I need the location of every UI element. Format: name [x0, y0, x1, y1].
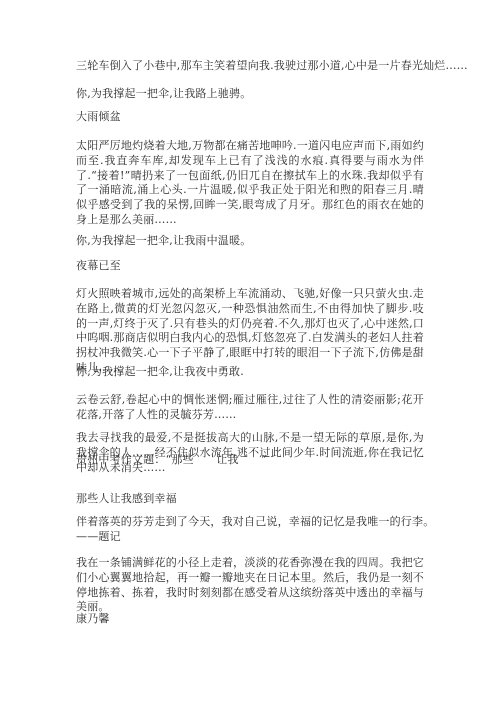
paragraph: 我在一条铺满鲜花的小径上走着，淡淡的花香弥漫在我的四周。我把它们小心翼翼地拾起，… — [76, 556, 424, 615]
epigraph-attribution: ——题记 — [76, 530, 424, 545]
epigraph: 伴着落英的芬芳走到了今天，我对自己说，幸福的记忆是我唯一的行李。 — [76, 515, 424, 530]
exam-title: 贵州中考作文题：“那些 让我 ” — [76, 453, 424, 468]
paragraph: 云卷云舒,卷起心中的惆怅迷惘;雁过雁往,过往了人性的清姿丽影;花开花落,开落了人… — [76, 393, 424, 423]
section-heading: 夜幕已至 — [76, 259, 424, 274]
paragraph: 你,为我撑起一把伞,让我夜中勇敢. — [76, 365, 424, 380]
paragraph: 你,为我撑起一把伞,让我雨中温暖。 — [76, 234, 424, 249]
section-heading: 大雨倾盆 — [76, 110, 424, 125]
paragraph: 你,为我撑起一把伞,让我路上驰骋。 — [76, 87, 424, 102]
essay-title: 那些人让我感到幸福 — [76, 492, 424, 507]
paragraph: 灯火照映着城市,远处的高架桥上车流涌动、飞驰,好像一只只萤火虫.走在路上,微黄的… — [76, 287, 424, 376]
paragraph: 太阳严厉地灼烧着大地,万物都在痛苦地呻吟.一道闪电应声而下,雨如约而至.我直奔车… — [76, 139, 424, 228]
paragraph: 三轮车倒入了小巷中,那车主笑着望向我.我驶过那小道,心中是一片春光灿烂…… — [76, 59, 424, 74]
section-heading: 康乃馨 — [76, 612, 424, 627]
